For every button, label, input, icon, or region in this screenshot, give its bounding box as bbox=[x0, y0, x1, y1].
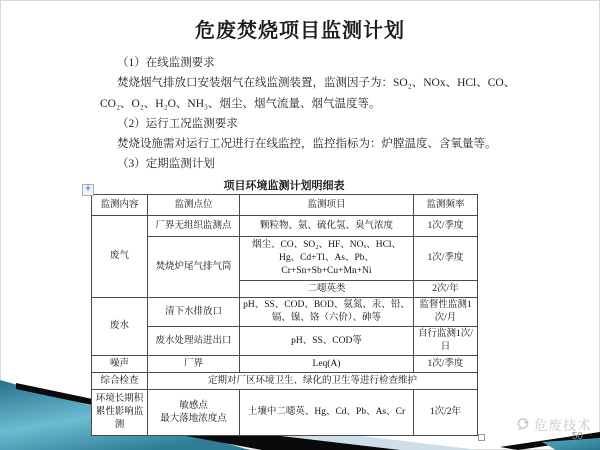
table-row: 焚烧炉尾气排气筒 烟尘、CO、SO₂、HF、NOₓ、HCl、Hg、Cd+Tl、A… bbox=[92, 237, 478, 281]
cell-items: pH、SS、COD等 bbox=[240, 327, 414, 356]
cell-inspection-desc: 定期对厂区环境卫生、绿化的卫生等进行检查维护 bbox=[148, 373, 478, 390]
cell-items: 土壤中二噁英、Hg、Cd、Pb、As、Cr bbox=[240, 390, 414, 436]
cell-noise: 噪声 bbox=[92, 356, 148, 373]
table-row: 综合检查 定期对厂区环境卫生、绿化的卫生等进行检查维护 bbox=[92, 373, 478, 390]
cell-items: 烟尘、CO、SO₂、HF、NOₓ、HCl、Hg、Cd+Tl、As、Pb、Cr+S… bbox=[240, 237, 414, 281]
cell-point: 清下水排放口 bbox=[148, 298, 240, 327]
body-line-2: 焚烧烟气排放口安装烟气在线监测装置，监测因子为：SO₂、NOx、HCl、CO、 bbox=[100, 73, 570, 93]
body-text: （1）在线监测要求 焚烧烟气排放口安装烟气在线监测装置，监测因子为：SO₂、NO… bbox=[100, 53, 570, 175]
cell-frequency: 1次/季度 bbox=[414, 356, 478, 373]
table-header-row: 监测内容 监测点位 监测项目 监测频率 bbox=[92, 195, 478, 216]
body-line-3: CO₂、O₂、H₂O、NH₃、烟尘、烟气流量、烟气温度等。 bbox=[100, 94, 570, 114]
monitoring-table: 监测内容 监测点位 监测项目 监测频率 废气 厂界无组织监测点 颗粒物、氨、硫化… bbox=[91, 194, 478, 436]
cell-point: 厂界 bbox=[148, 356, 240, 373]
cell-frequency: 1次/2年 bbox=[414, 390, 478, 436]
body-line-5: 焚烧设施需对运行工况进行在线监控，监控指标为：炉膛温度、含氧量等。 bbox=[100, 134, 570, 154]
cell-point: 废水处理站进出口 bbox=[148, 327, 240, 356]
cell-frequency: 1次/季度 bbox=[414, 237, 478, 281]
page-number: 50 bbox=[572, 431, 583, 442]
cell-items: 颗粒物、氨、硫化氢、臭气浓度 bbox=[240, 216, 414, 237]
cell-inspection: 综合检查 bbox=[92, 373, 148, 390]
body-line-1: （1）在线监测要求 bbox=[100, 53, 570, 73]
cell-frequency: 2次/年 bbox=[414, 281, 478, 298]
header-point: 监测点位 bbox=[148, 195, 240, 216]
header-frequency: 监测频率 bbox=[414, 195, 478, 216]
table-row: 废水 清下水排放口 pH、SS、COD、BOD、氨氮、汞、铅、镉、镍、铬（六价）… bbox=[92, 298, 478, 327]
table-move-icon: + bbox=[82, 184, 94, 196]
cell-point: 厂界无组织监测点 bbox=[148, 216, 240, 237]
table-resize-handle bbox=[478, 434, 485, 441]
cell-frequency: 1次/季度 bbox=[414, 216, 478, 237]
table-row: 废水处理站进出口 pH、SS、COD等 自行监测1次/日 bbox=[92, 327, 478, 356]
brand-logo-icon bbox=[516, 417, 531, 431]
table-row: 噪声 厂界 Leq(A) 1次/季度 bbox=[92, 356, 478, 373]
cell-waste-water: 废水 bbox=[92, 298, 148, 356]
cell-point: 焚烧炉尾气排气筒 bbox=[148, 237, 240, 298]
cell-frequency: 监督性监测1次/月 bbox=[414, 298, 478, 327]
slide-title: 危废焚烧项目监测计划 bbox=[0, 14, 600, 43]
table-container: + 监测内容 监测点位 监测项目 监测频率 废气 厂界无组织监测点 颗粒物、氨、… bbox=[91, 194, 478, 436]
body-line-6: （3）定期监测计划 bbox=[100, 154, 570, 174]
header-item: 监测项目 bbox=[240, 195, 414, 216]
cell-items: 二噁英类 bbox=[240, 281, 414, 298]
body-line-4: （2）运行工况监测要求 bbox=[100, 114, 570, 134]
table-row: 废气 厂界无组织监测点 颗粒物、氨、硫化氢、臭气浓度 1次/季度 bbox=[92, 216, 478, 237]
slide: 危废焚烧项目监测计划 （1）在线监测要求 焚烧烟气排放口安装烟气在线监测装置，监… bbox=[0, 0, 600, 450]
cell-frequency: 自行监测1次/日 bbox=[414, 327, 478, 356]
table-row: 环境长期积累性影响监测 敏感点 最大落地浓度点 土壤中二噁英、Hg、Cd、Pb、… bbox=[92, 390, 478, 436]
cell-longterm: 环境长期积累性影响监测 bbox=[92, 390, 148, 436]
cell-waste-gas: 废气 bbox=[92, 216, 148, 298]
cell-items: pH、SS、COD、BOD、氨氮、汞、铅、镉、镍、铬（六价）、砷等 bbox=[240, 298, 414, 327]
cell-items: Leq(A) bbox=[240, 356, 414, 373]
cell-point: 敏感点 最大落地浓度点 bbox=[148, 390, 240, 436]
watermark-text: 危废技术 bbox=[534, 414, 592, 434]
table-caption: 项目环境监测计划明细表 bbox=[91, 177, 477, 193]
header-content: 监测内容 bbox=[92, 195, 148, 216]
